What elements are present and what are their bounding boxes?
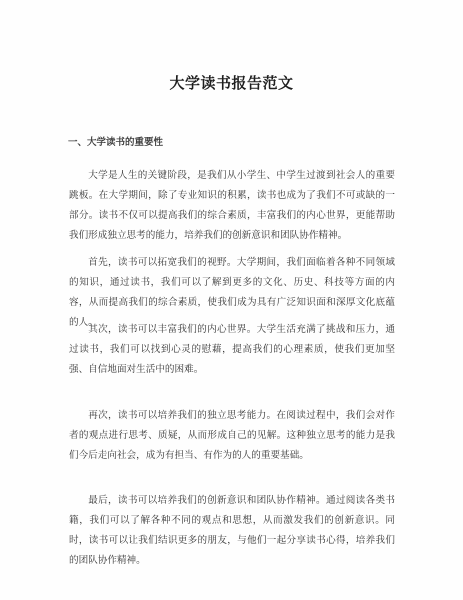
document-page: 大学读书报告范文 一、大学读书的重要性 大学是人生的关键阶段，是我们从小学生、中… bbox=[0, 0, 463, 600]
paragraph-third: 再次，读书可以培养我们的独立思考能力。在阅读过程中，我们会对作者的观点进行思考、… bbox=[69, 406, 395, 466]
section-heading: 一、大学读书的重要性 bbox=[68, 134, 163, 148]
paragraph-last: 最后，读书可以培养我们的创新意识和团队协作精神。通过阅读各类书籍，我们可以了解各… bbox=[69, 491, 395, 571]
paragraph-intro: 大学是人生的关键阶段，是我们从小学生、中学生过渡到社会人的重要跳板。在大学期间，… bbox=[69, 166, 395, 246]
paragraph-second: 其次，读书可以丰富我们的内心世界。大学生活充满了挑战和压力，通过读书，我们可以找… bbox=[69, 320, 395, 380]
document-title: 大学读书报告范文 bbox=[0, 72, 463, 93]
